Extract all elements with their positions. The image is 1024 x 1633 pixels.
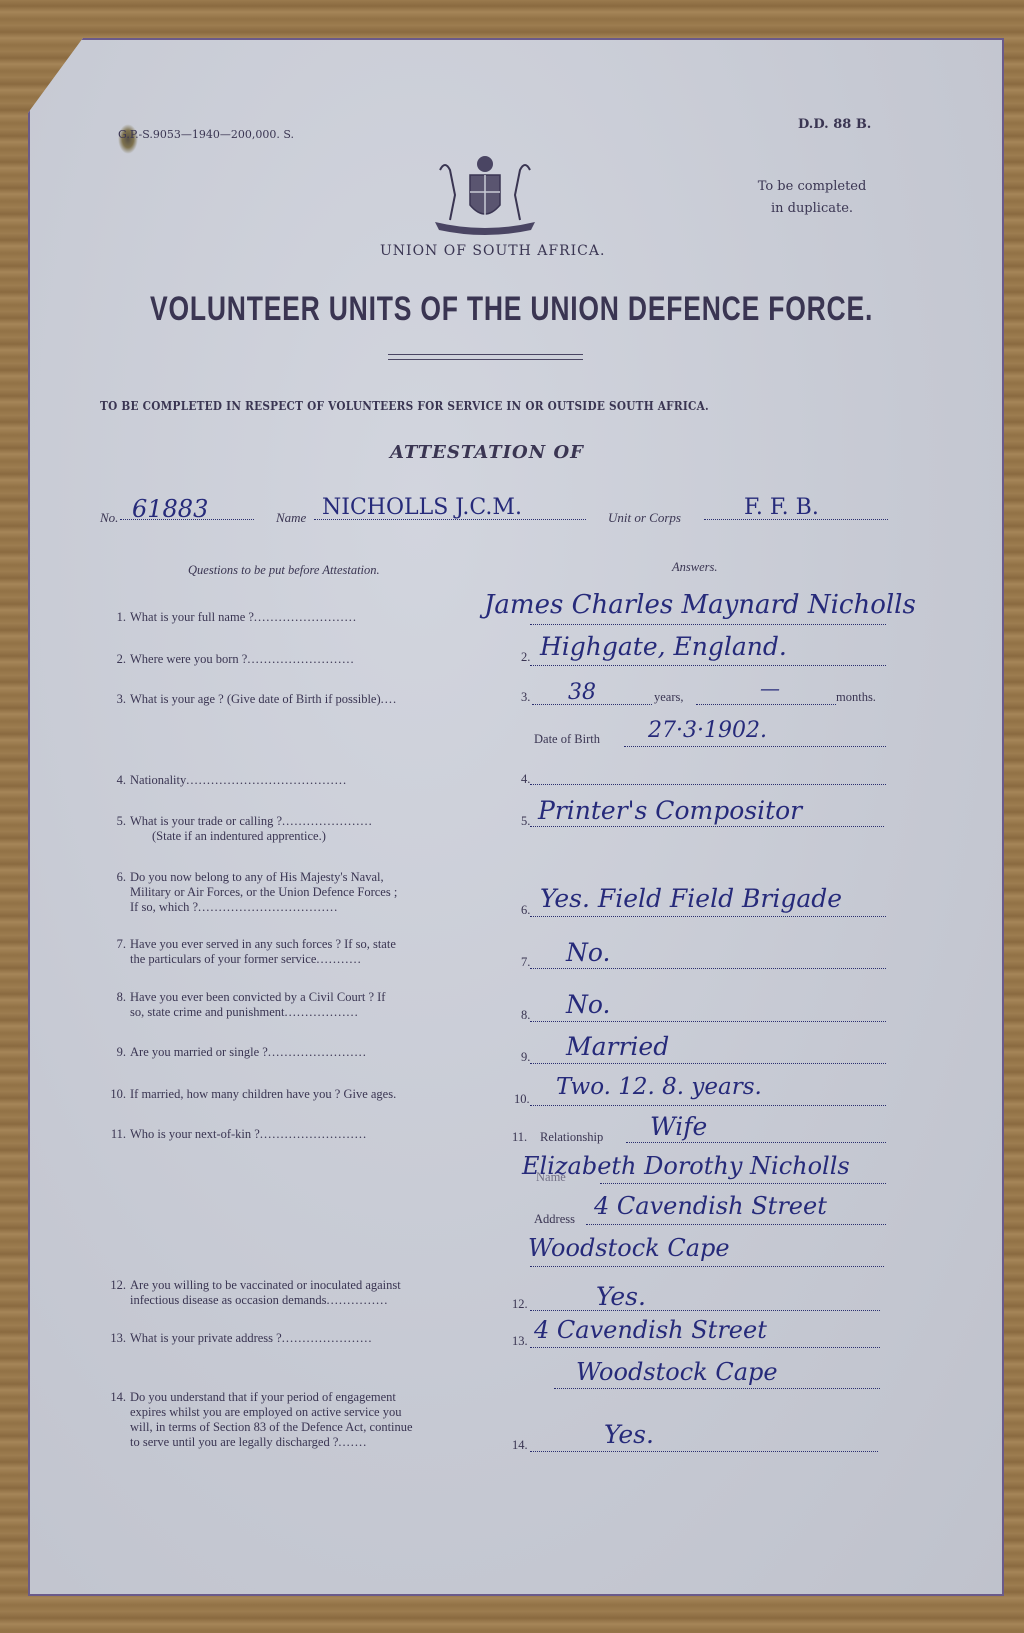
form-code: D.D. 88 B. — [798, 117, 871, 132]
question-10: 10.If married, how many children have yo… — [98, 1087, 396, 1102]
section-heading: ATTESTATION OF — [390, 442, 584, 463]
question-7: 7.Have you ever served in any such force… — [104, 937, 396, 967]
nok-name-value: Elizabeth Dorothy Nicholls — [522, 1152, 850, 1180]
answer-8: No. — [566, 990, 610, 1019]
answer-12: Yes. — [596, 1282, 646, 1311]
page-title: VOLUNTEER UNITS OF THE UNION DEFENCE FOR… — [150, 290, 873, 329]
answer-1: James Charles Maynard Nicholls — [484, 590, 916, 620]
answer-3-years: 38 — [568, 680, 596, 705]
question-2: 2.Where were you born ?.................… — [104, 652, 355, 667]
number-field[interactable]: 61883 — [120, 495, 254, 520]
question-9: 9.Are you married or single ?...........… — [104, 1045, 367, 1060]
answers-column-header: Answers. — [672, 560, 718, 575]
print-reference: G.P.-S.9053—1940—200,000. S. — [118, 128, 294, 141]
question-3: 3.What is your age ? (Give date of Birth… — [104, 692, 397, 707]
number-label: No. — [100, 510, 118, 526]
question-1: 1.What is your full name ?..............… — [104, 610, 357, 625]
answer-9: Married — [566, 1032, 669, 1061]
answer-13-line2: Woodstock Cape — [576, 1358, 778, 1386]
answer-7: No. — [566, 938, 610, 967]
nok-address-label: Address — [534, 1212, 575, 1227]
answer-13-line1: 4 Cavendish Street — [534, 1316, 767, 1344]
relationship-label: Relationship — [540, 1130, 603, 1145]
answer-3-months: — — [760, 676, 780, 700]
unit-field[interactable]: F. F. B. — [704, 495, 888, 520]
question-8: 8.Have you ever been convicted by a Civi… — [104, 990, 385, 1020]
name-label: Name — [276, 510, 306, 526]
question-12: 12.Are you willing to be vaccinated or i… — [98, 1278, 401, 1308]
duplicate-note: To be completed in duplicate. — [752, 176, 872, 220]
question-13: 13.What is your private address ?.......… — [98, 1331, 372, 1346]
dob-value: 27·3·1902. — [648, 718, 767, 743]
answer-5: Printer's Compositor — [538, 796, 802, 825]
questions-column-header: Questions to be put before Attestation. — [188, 563, 380, 578]
answer-2: Highgate, England. — [540, 632, 787, 661]
answer-14-field[interactable] — [530, 1435, 878, 1452]
relationship-value: Wife — [650, 1112, 707, 1141]
form-subtitle: TO BE COMPLETED IN RESPECT OF VOLUNTEERS… — [100, 398, 709, 413]
question-14: 14.Do you understand that if your period… — [98, 1390, 413, 1450]
dob-label: Date of Birth — [534, 732, 600, 747]
nok-address-line2: Woodstock Cape — [528, 1234, 730, 1262]
answer-6: Yes. Field Field Brigade — [540, 884, 842, 913]
title-divider — [388, 354, 583, 360]
name-field[interactable]: NICHOLLS J.C.M. — [314, 495, 586, 520]
question-11: 11.Who is your next-of-kin ?............… — [98, 1127, 367, 1142]
answer-12-field[interactable] — [530, 1294, 880, 1311]
unit-label: Unit or Corps — [608, 510, 681, 526]
question-6: 6.Do you now belong to any of His Majest… — [104, 870, 397, 915]
question-4: 4.Nationality...........................… — [104, 773, 347, 788]
answer-14: Yes. — [604, 1420, 654, 1449]
question-5: 5.What is your trade or calling ?.......… — [104, 814, 373, 844]
answer-10: Two. 12. 8. years. — [556, 1074, 762, 1100]
nok-address-line1: 4 Cavendish Street — [594, 1192, 827, 1220]
coat-of-arms-icon — [425, 150, 545, 235]
answer-4-field[interactable] — [530, 768, 886, 785]
country-heading: UNION OF SOUTH AFRICA. — [380, 243, 605, 259]
